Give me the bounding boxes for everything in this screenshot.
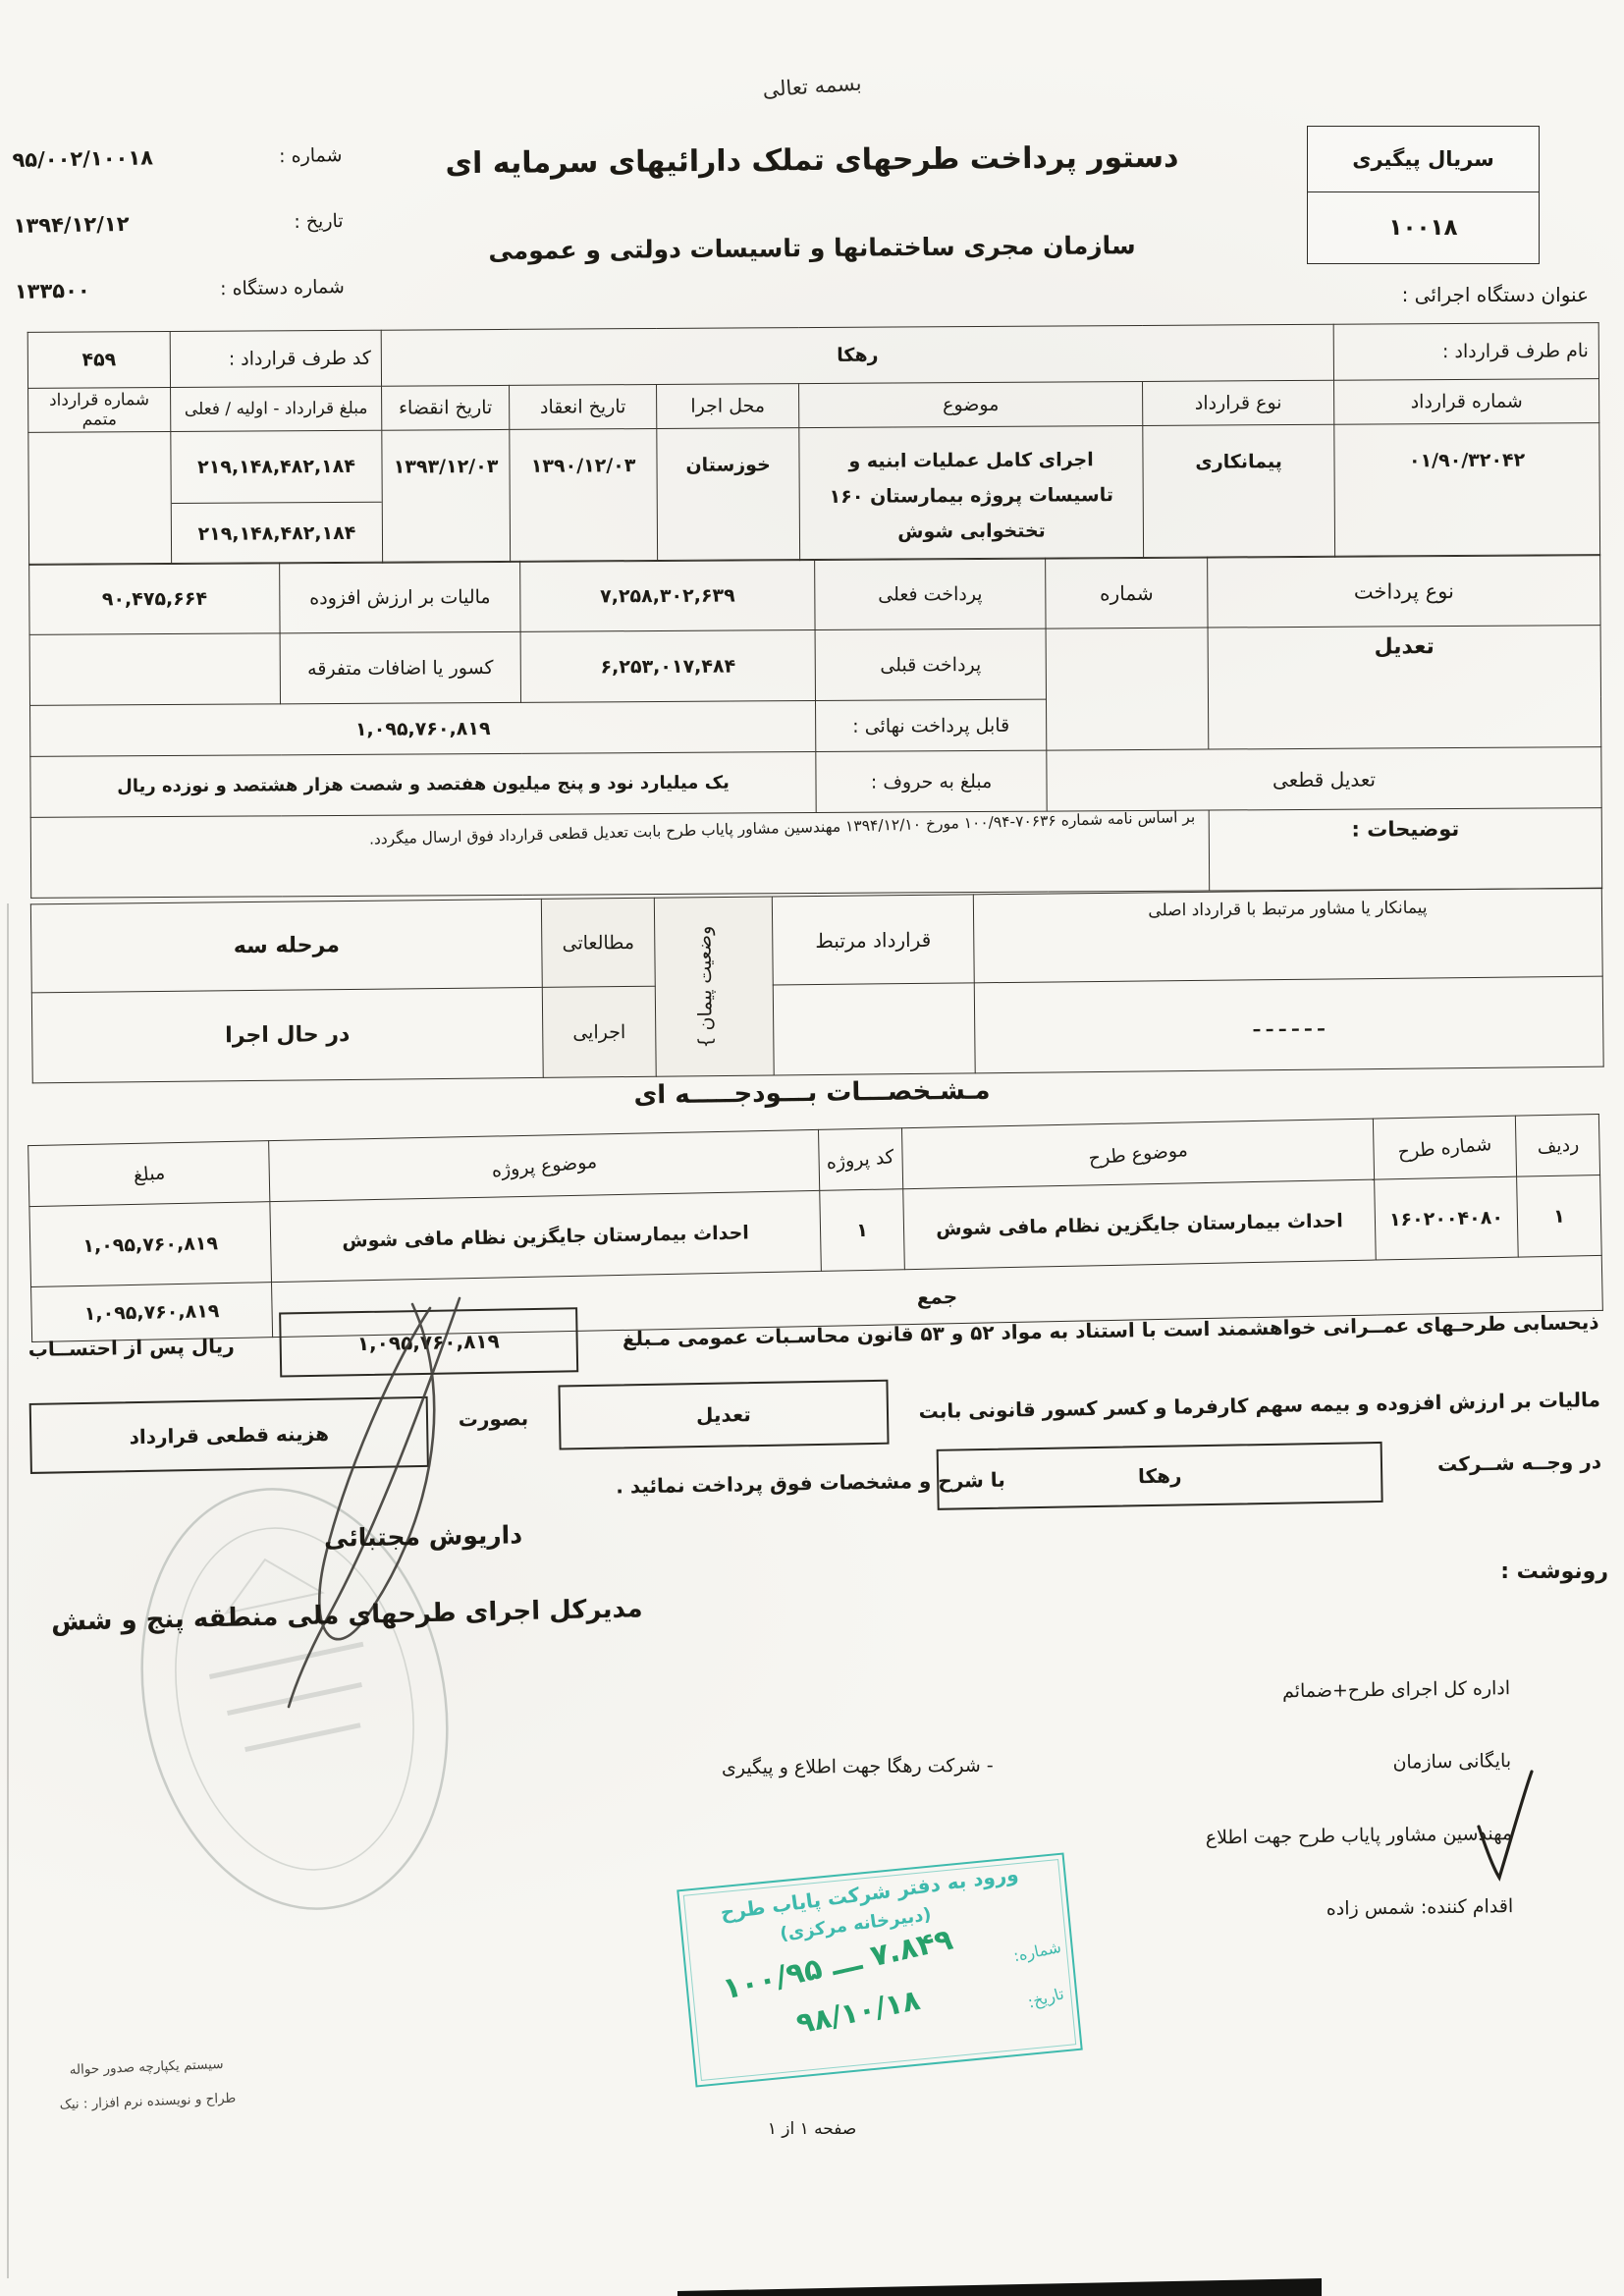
contract-table: نام طرف قرارداد : رهکا کد طرف قرارداد : …: [27, 322, 1600, 566]
directive-line2-text-b: بصورت: [459, 1406, 529, 1431]
contract-expiry-header: تاریخ انقضاء: [382, 385, 510, 430]
directive-expense-box: هزینه قطعی قرارداد: [29, 1396, 429, 1474]
doc-number-row: شماره : ۹۵/۰۰۲/۱۰۰۱۸: [12, 142, 343, 214]
budget-header-project-code: کد پروژه: [818, 1128, 902, 1191]
budget-header-row: ردیف: [1515, 1114, 1599, 1176]
contract-party-code-label: کد طرف قرارداد :: [170, 330, 381, 387]
payment-vat-value: ۹۰,۴۷۵,۶۶۴: [29, 563, 280, 635]
directive-type-box: تعدیل: [558, 1380, 889, 1450]
payment-notes-text: بر اساس نامه شماره ۷۰۶۳۶-۱۰۰/۹۴ مورخ ۱۳۹…: [30, 810, 1209, 898]
payment-current-label: پرداخت فعلی: [815, 558, 1046, 629]
organization-name: سازمان مجری ساختمانها و تاسیسات دولتی و …: [488, 231, 1135, 265]
stamp-date-label: تاریخ:: [1025, 1984, 1065, 2011]
contract-amount-header: مبلغ قرارداد - اولیه / فعلی: [171, 386, 382, 431]
payment-amount-words: یک میلیارد نود و پنج میلیون هفتصد و شصت …: [30, 752, 816, 818]
budget-header-project-code-text: کد پروژه: [826, 1146, 895, 1174]
scan-edge-artifact: [7, 903, 9, 2278]
scanned-payment-order-document: بسمه تعالی دستور پرداخت طرحهای تملک دارا…: [0, 0, 1624, 2296]
budget-header-plan-subject: موضوع طرح: [901, 1119, 1374, 1189]
copies-item-1: اداره کل اجرای طرح+ضمائم: [960, 1677, 1511, 1758]
payment-vat-label: مالیات بر ارزش افزوده: [280, 562, 520, 633]
contract-subject-header: موضوع: [799, 381, 1143, 427]
budget-header-amount-text: مبلغ: [133, 1162, 166, 1186]
budget-row-project-code: ۱: [820, 1189, 905, 1272]
directive-line2-text-a: مالیات بر ارزش افزوده و بیمه سهم کارفرما…: [918, 1388, 1600, 1423]
related-consultant-header: پیمانکار یا مشاور مرتبط با قرارداد اصلی: [973, 888, 1602, 983]
contract-amount-values: ۲۱۹,۱۴۸,۴۸۲,۱۸۴ ۲۱۹,۱۴۸,۴۸۲,۱۸۴: [171, 430, 383, 564]
budget-header-amount: مبلغ: [28, 1141, 270, 1207]
device-number-label: شماره دستگاه :: [220, 276, 345, 300]
directive-amount-box: ۱,۰۹۵,۷۶۰,۸۱۹: [279, 1307, 578, 1377]
contract-expiry-value: ۱۳۹۳/۱۲/۰۳: [382, 429, 511, 563]
contract-type-value: پیمانکاری: [1143, 424, 1335, 558]
bismillah-text: بسمه تعالی: [762, 72, 862, 102]
payment-notes-label: توضیحات :: [1209, 808, 1601, 891]
budget-row-plan-subject: احداث بیمارستان جایگزین نظام مافی شوش: [903, 1179, 1377, 1270]
payment-deductions-value-empty: [29, 633, 280, 706]
directive-line1-text-b: ریال پس از احتســاب: [28, 1334, 235, 1361]
payment-previous-value: ۶,۲۵۳,۰۱۷,۴۸۴: [520, 630, 815, 703]
copies-item-2: بایگانی سازمان: [961, 1750, 1512, 1831]
status-brace: {: [695, 1036, 717, 1048]
budget-header-project-subject-text: موضوع پروژه: [491, 1150, 598, 1181]
payment-final-value: ۱,۰۹۵,۷۶۰,۸۱۹: [30, 701, 816, 757]
doc-number-value: ۹۵/۰۰۲/۱۰۰۱۸: [12, 145, 153, 172]
contract-status-rotated-label: وضعیت پیمان {: [694, 925, 717, 1048]
phase-status-value: در حال اجرا: [31, 988, 543, 1083]
budget-header-plan-no: شماره طرح: [1373, 1116, 1516, 1179]
scan-bottom-artifact: [677, 2278, 1322, 2296]
payment-deductions-label: کسور یا اضافات متفرقه: [280, 632, 520, 704]
budget-header-project-subject: موضوع پروژه: [269, 1129, 820, 1201]
stamp-number-label: شماره:: [1011, 1938, 1062, 1965]
software-fineprint: سیستم یکپارچه صدور حواله طراح و نویسنده …: [58, 2048, 237, 2123]
contract-status-text: وضعیت پیمان: [694, 925, 717, 1030]
payment-final-label: قابل پرداخت نهائی :: [816, 699, 1047, 751]
doc-date-row: تاریخ : ۱۳۹۴/۱۲/۱۲: [13, 208, 344, 280]
contract-payment-tables: نام طرف قرارداد : رهکا کد طرف قرارداد : …: [27, 322, 1604, 1080]
payment-type-header: نوع پرداخت: [1208, 555, 1600, 628]
related-contract-header: قرارداد مرتبط: [772, 895, 974, 985]
contract-sign-date-header: تاریخ انعقاد: [510, 384, 657, 429]
payment-previous-label: پرداخت قبلی: [815, 629, 1046, 700]
contract-location-value: خوزستان: [657, 428, 800, 562]
budget-row-project-subject: احداث بیمارستان جایگزین نظام مافی شوش: [270, 1190, 822, 1282]
contract-party-value: رهکا: [381, 324, 1333, 386]
payment-directive: ذیحسابی طرحـهای عمــرانی خواهشمند است با…: [27, 1285, 1602, 1543]
budget-row-amount: ۱,۰۹۵,۷۶۰,۸۱۹: [29, 1202, 272, 1287]
signatory-name: داریوش مجتبائی: [324, 1520, 523, 1553]
budget-row-index: ۱: [1517, 1175, 1602, 1257]
office-entry-stamp: ورود به دفتر شرکت پایاب طرح (دبیرخانه مر…: [677, 1852, 1083, 2087]
contract-type-header: نوع قرارداد: [1143, 380, 1334, 425]
tracking-serial-label: سریال پیگیری: [1308, 127, 1539, 192]
related-consultant-value: ـ ـ ـ ـ ـ ـ: [974, 976, 1603, 1073]
budget-header-row-text: ردیف: [1536, 1132, 1579, 1158]
contract-status-cell: وضعیت پیمان {: [654, 897, 774, 1076]
contract-sign-date-value: ۱۳۹۰/۱۲/۰۳: [510, 428, 658, 562]
contract-supplement-header: شماره قرارداد متمم: [28, 388, 171, 433]
device-number-value: ۱۳۳۵۰۰: [15, 279, 90, 303]
directive-line3-text-a: در وجــه شــرکت: [1437, 1438, 1602, 1476]
payment-current-value: ۷,۲۵۸,۳۰۲,۶۳۹: [520, 560, 815, 632]
contract-party-code-value: ۴۵۹: [27, 332, 170, 389]
status-study-cell: مطالعاتی: [541, 899, 655, 988]
doc-number-label: شماره :: [279, 144, 343, 167]
tracking-serial-value: ۱۰۰۱۸: [1308, 192, 1539, 263]
directive-line1-text-a: ذیحسابی طرحـهای عمــرانی خواهشمند است با…: [623, 1310, 1599, 1350]
document-meta: شماره : ۹۵/۰۰۲/۱۰۰۱۸ تاریخ : ۱۳۹۴/۱۲/۱۲ …: [12, 142, 345, 346]
related-contract-table: پیمانکار یا مشاور مرتبط با قرارداد اصلی …: [30, 888, 1604, 1084]
budget-row-plan-no: ۱۶۰۲۰۰۴۰۸۰: [1375, 1176, 1519, 1260]
budget-section-title: مـشـخصـــات بـــودجـــــه ای: [633, 1075, 990, 1110]
related-contract-value-empty: [773, 983, 975, 1075]
fineprint-line2: طراح و نویسنده نرم افزار : نیک: [59, 2082, 237, 2123]
payment-number-header: شماره: [1046, 557, 1208, 629]
document-title: دستور پرداخت طرحهای تملک دارائیهای سرمای…: [445, 140, 1178, 182]
payment-type-value: تعدیل: [1208, 626, 1601, 749]
copies-label: رونوشت :: [1500, 1559, 1608, 1584]
contract-amount-initial: ۲۱۹,۱۴۸,۴۸۲,۱۸۴: [171, 431, 381, 504]
phase-value: مرحله سه: [30, 900, 542, 993]
budget-header-plan-no-text: شماره طرح: [1397, 1132, 1492, 1163]
executive-agency-label: عنوان دستگاه اجرائی :: [1402, 283, 1589, 306]
contract-no-value: ۰۱/۹۰/۳۲۰۴۲: [1334, 423, 1600, 558]
signatory-role: مدیرکل اجرای طرحهای ملی منطقه پنج و شش: [51, 1594, 643, 1637]
copies-side-item: - شرکت رهگا جهت اطلاع و پیگیری: [722, 1755, 994, 1778]
payment-kind: تعدیل قطعی: [1047, 747, 1601, 811]
payment-number-value-empty: [1046, 628, 1209, 750]
payment-notes-span: بر اساس نامه شماره ۷۰۶۳۶-۱۰۰/۹۴ مورخ ۱۳۹…: [368, 810, 1195, 848]
contract-subject-value: اجرای کامل عملیات ابنیه و تاسیسات پروژه …: [799, 425, 1144, 560]
budget-header-plan-subject-text: موضوع طرح: [1088, 1138, 1189, 1169]
contract-location-header: محل اجرا: [657, 384, 799, 429]
doc-date-label: تاریخ :: [294, 210, 344, 233]
tracking-serial-box: سریال پیگیری ۱۰۰۱۸: [1307, 126, 1540, 264]
contract-amount-current: ۲۱۹,۱۴۸,۴۸۲,۱۸۴: [172, 503, 382, 564]
contract-party-label: نام طرف قرارداد :: [1333, 323, 1598, 381]
doc-date-value: ۱۳۹۴/۱۲/۱۲: [13, 212, 129, 238]
page-number: صفحه ۱ از ۱: [768, 2119, 857, 2139]
contract-supplement-value-empty: [28, 432, 172, 566]
payment-words-label: مبلغ به حروف :: [816, 750, 1047, 812]
status-execution-cell: اجرایی: [542, 987, 656, 1078]
payment-table: نوع پرداخت شماره پرداخت فعلی ۷,۲۵۸,۳۰۲,۶…: [28, 554, 1602, 899]
contract-no-header: شماره قرارداد: [1334, 379, 1599, 425]
